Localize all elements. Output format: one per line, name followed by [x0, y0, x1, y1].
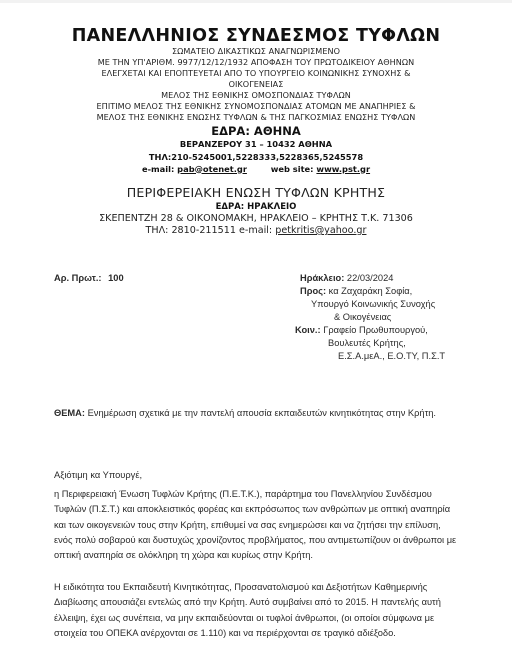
- email-label: e-mail:: [142, 164, 174, 174]
- letterhead-line: ΕΠΙΤΙΜΟ ΜΕΛΟΣ ΤΗΣ ΕΘΝΙΚΗΣ ΣΥΝΟΜΟΣΠΟΝΔΙΑΣ…: [0, 101, 512, 112]
- website-link[interactable]: www.pst.gr: [316, 164, 370, 174]
- letterhead-line: ΟΙΚΟΓΕΝΕΙΑΣ: [0, 79, 512, 90]
- to-row: Προς: κα Ζαχαράκη Σοφία,: [300, 285, 445, 298]
- cc-line: Γραφείο Πρωθυπουργού,: [323, 325, 428, 335]
- cc-line: Ε.Σ.Α.μεΑ., Ε.Ο.ΤΥ, Π.Σ.Τ: [300, 350, 445, 363]
- letterhead: ΠΑΝΕΛΛΗΝΙΟΣ ΣΥΝΔΕΣΜΟΣ ΤΥΦΛΩΝ ΣΩΜΑΤΕΙΟ ΔΙ…: [0, 26, 512, 238]
- branch-email-link[interactable]: petkritis@yahoo.gr: [275, 225, 366, 236]
- place-label: Ηράκλειο:: [300, 273, 344, 283]
- to-line: & Οικογένειας: [300, 311, 445, 324]
- hq-contact: e-mail: pab@otenet.gr web site: www.pst.…: [0, 163, 512, 175]
- org-title: ΠΑΝΕΛΛΗΝΙΟΣ ΣΥΝΔΕΣΜΟΣ ΤΥΦΛΩΝ: [0, 26, 512, 46]
- recipients-block: Ηράκλειο: 22/03/2024 Προς: κα Ζαχαράκη Σ…: [300, 272, 445, 363]
- branch-contact: ΤΗΛ: 2810-211511 e-mail: petkritis@yahoo…: [0, 225, 512, 238]
- protocol-label: Αρ. Πρωτ.:: [54, 273, 102, 283]
- hq-phone: ΤΗΛ:210-5245001,5228333,5228365,5245578: [0, 151, 512, 163]
- body-paragraph: Η ειδικότητα του Εκπαιδευτή Κινητικότητα…: [54, 580, 459, 641]
- branch-title: ΠΕΡΙΦΕΡΕΙΑΚΗ ΕΝΩΣΗ ΤΥΦΛΩΝ ΚΡΗΤΗΣ: [0, 185, 512, 201]
- letterhead-line: ΜΕΛΟΣ ΤΗΣ ΕΘΝΙΚΗΣ ΟΜΟΣΠΟΝΔΙΑΣ ΤΥΦΛΩΝ: [0, 90, 512, 101]
- email-link[interactable]: pab@otenet.gr: [177, 164, 247, 174]
- branch-hq: ΕΔΡΑ: ΗΡΑΚΛΕΙΟ: [0, 201, 512, 213]
- subject-text: Ενημέρωση σχετικά με την παντελή απουσία…: [88, 408, 436, 418]
- page-top-edge: [0, 0, 512, 3]
- protocol-value: 100: [108, 273, 124, 283]
- letterhead-line: ΜΕ ΤΗΝ ΥΠ'ΑΡΙΘΜ. 9977/12/12/1932 ΑΠΟΦΑΣΗ…: [0, 57, 512, 68]
- protocol-number: Αρ. Πρωτ.: 100: [54, 273, 124, 283]
- cc-label: Κοιν.:: [295, 325, 321, 335]
- branch-address: ΣΚΕΠΕΝΤΖΗ 28 & ΟΙΚΟΝΟΜΑΚΗ, ΗΡΑΚΛΕΙΟ – ΚΡ…: [0, 213, 512, 226]
- subject-label: ΘΕΜΑ:: [54, 408, 85, 418]
- branch-email-label: e-mail:: [239, 225, 272, 236]
- web-label: web site:: [271, 164, 314, 174]
- to-label: Προς:: [300, 286, 326, 296]
- to-line: κα Ζαχαράκη Σοφία,: [329, 286, 413, 296]
- salutation: Αξιότιμη κα Υπουργέ,: [54, 470, 142, 480]
- date-row: Ηράκλειο: 22/03/2024: [300, 272, 445, 285]
- subject: ΘΕΜΑ: Ενημέρωση σχετικά με την παντελή α…: [54, 406, 454, 420]
- cc-row: Κοιν.: Γραφείο Πρωθυπουργού,: [295, 324, 445, 337]
- letterhead-line: ΜΕΛΟΣ ΤΗΣ ΕΘΝΙΚΗΣ ΕΝΩΣΗΣ ΤΥΦΛΩΝ & ΤΗΣ ΠΑ…: [0, 112, 512, 123]
- branch-phone: ΤΗΛ: 2810-211511: [146, 225, 236, 236]
- letterhead-line: ΕΛΕΓΧΕΤΑΙ ΚΑΙ ΕΠΟΠΤΕΥΕΤΑΙ ΑΠΟ ΤΟ ΥΠΟΥΡΓΕ…: [0, 68, 512, 79]
- date: 22/03/2024: [347, 273, 394, 283]
- cc-line: Βουλευτές Κρήτης,: [300, 337, 445, 350]
- body-paragraph: η Περιφερειακή Ένωση Τυφλών Κρήτης (Π.Ε.…: [54, 487, 459, 563]
- headquarters: ΕΔΡΑ: ΑΘΗΝΑ: [0, 124, 512, 139]
- letterhead-line: ΣΩΜΑΤΕΙΟ ΔΙΚΑΣΤΙΚΩΣ ΑΝΑΓΝΩΡΙΣΜΕΝΟ: [0, 46, 512, 57]
- to-line: Υπουργό Κοινωνικής Συνοχής: [300, 298, 445, 311]
- hq-address: ΒΕΡΑΝΖΕΡΟΥ 31 – 10432 ΑΘΗΝΑ: [0, 139, 512, 151]
